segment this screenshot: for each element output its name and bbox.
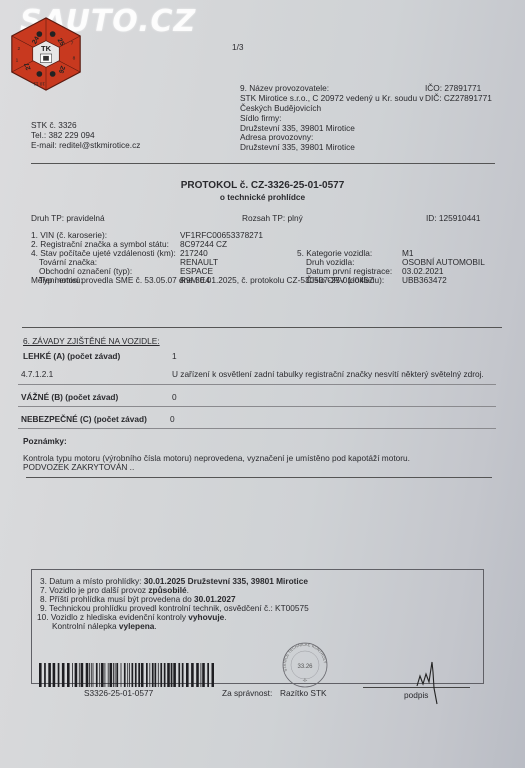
defect-description: U zařízení k osvětlení zadní tabulky reg… <box>172 369 484 379</box>
divider <box>18 384 496 385</box>
light-defects-label: LEHKÉ (A) (počet závad) <box>23 351 120 361</box>
svg-text:1: 1 <box>16 58 19 64</box>
stamp-label: Razítko STK <box>280 688 327 698</box>
svg-text:10 11: 10 11 <box>33 81 45 87</box>
operator-label: 9. Název provozovatele: <box>240 83 329 93</box>
emissions-note: Měření emisí provedla SME č. 53.05.07 dn… <box>31 275 373 285</box>
notes-title: Poznámky: <box>23 436 67 446</box>
station-number: STK č. 3326 <box>31 120 77 130</box>
serious-defects-label: VÁŽNÉ (B) (počet závad) <box>21 392 118 402</box>
divider <box>22 327 502 328</box>
barcode-text: S3326-25-01-0577 <box>84 688 153 698</box>
notes-line-2: PODVOZEK ZAKRYTOVÁN .. <box>23 462 134 472</box>
stamp-icon: 33.26 -I- STANICE TECHNICKÉ KONTROLY <box>278 641 332 689</box>
result-sticker: Kontrolní nálepka vylepena. <box>52 621 157 631</box>
seat-label: Sídlo firmy: <box>240 113 282 123</box>
defects-title: 6. ZÁVADY ZJIŠTĚNÉ NA VOZIDLE: <box>23 336 160 346</box>
divider <box>31 163 495 164</box>
barcode <box>39 663 214 687</box>
svg-text:2: 2 <box>18 46 21 52</box>
divider <box>18 428 496 429</box>
inspection-type: Druh TP: pravidelná <box>31 213 105 223</box>
protocol-subtitle: o technické prohlídce <box>0 192 525 202</box>
station-email: E-mail: reditel@stkmirotice.cz <box>31 140 140 150</box>
svg-text:33.26: 33.26 <box>297 664 313 670</box>
divider <box>18 406 496 407</box>
inspection-scope: Rozsah TP: plný <box>242 213 303 223</box>
svg-text:TK: TK <box>41 44 52 53</box>
station-phone: Tel.: 382 229 094 <box>31 130 95 140</box>
light-defects-count: 1 <box>172 351 177 361</box>
svg-text:-I-: -I- <box>303 678 308 684</box>
inspection-id: ID: 125910441 <box>426 213 480 223</box>
facility-label: Adresa provozovny: <box>240 132 313 142</box>
protocol-title: PROTOKOL č. CZ-3326-25-01-0577 <box>0 180 525 191</box>
ico: IČO: 27891771 <box>425 83 481 93</box>
defect-code: 4.7.1.2.1 <box>21 369 53 379</box>
svg-text:8: 8 <box>73 56 76 62</box>
serious-defects-count: 0 <box>172 392 177 402</box>
page-number: 1/3 <box>232 42 244 52</box>
facility-address: Družstevní 335, 39801 Mirotice <box>240 142 355 152</box>
dangerous-defects-count: 0 <box>170 414 175 424</box>
dic: DIČ: CZ27891771 <box>425 93 492 103</box>
svg-text:7: 7 <box>71 41 74 47</box>
operator-name: STK Mirotice s.r.o., C 20972 vedený u Kr… <box>240 93 424 103</box>
inspection-sticker-icon: TK 24 25 26 27 10 11 2 1 7 8 <box>8 16 84 92</box>
divider <box>26 477 492 478</box>
dangerous-defects-label: NEBEZPEČNÉ (C) (počet závad) <box>21 414 147 424</box>
operator-name-2: Českých Budějovicích <box>240 103 321 113</box>
vehicle-field-value: UBB363472 <box>402 275 447 285</box>
correctness-label: Za správnost: <box>222 688 272 698</box>
signature-label: podpis <box>404 690 428 700</box>
